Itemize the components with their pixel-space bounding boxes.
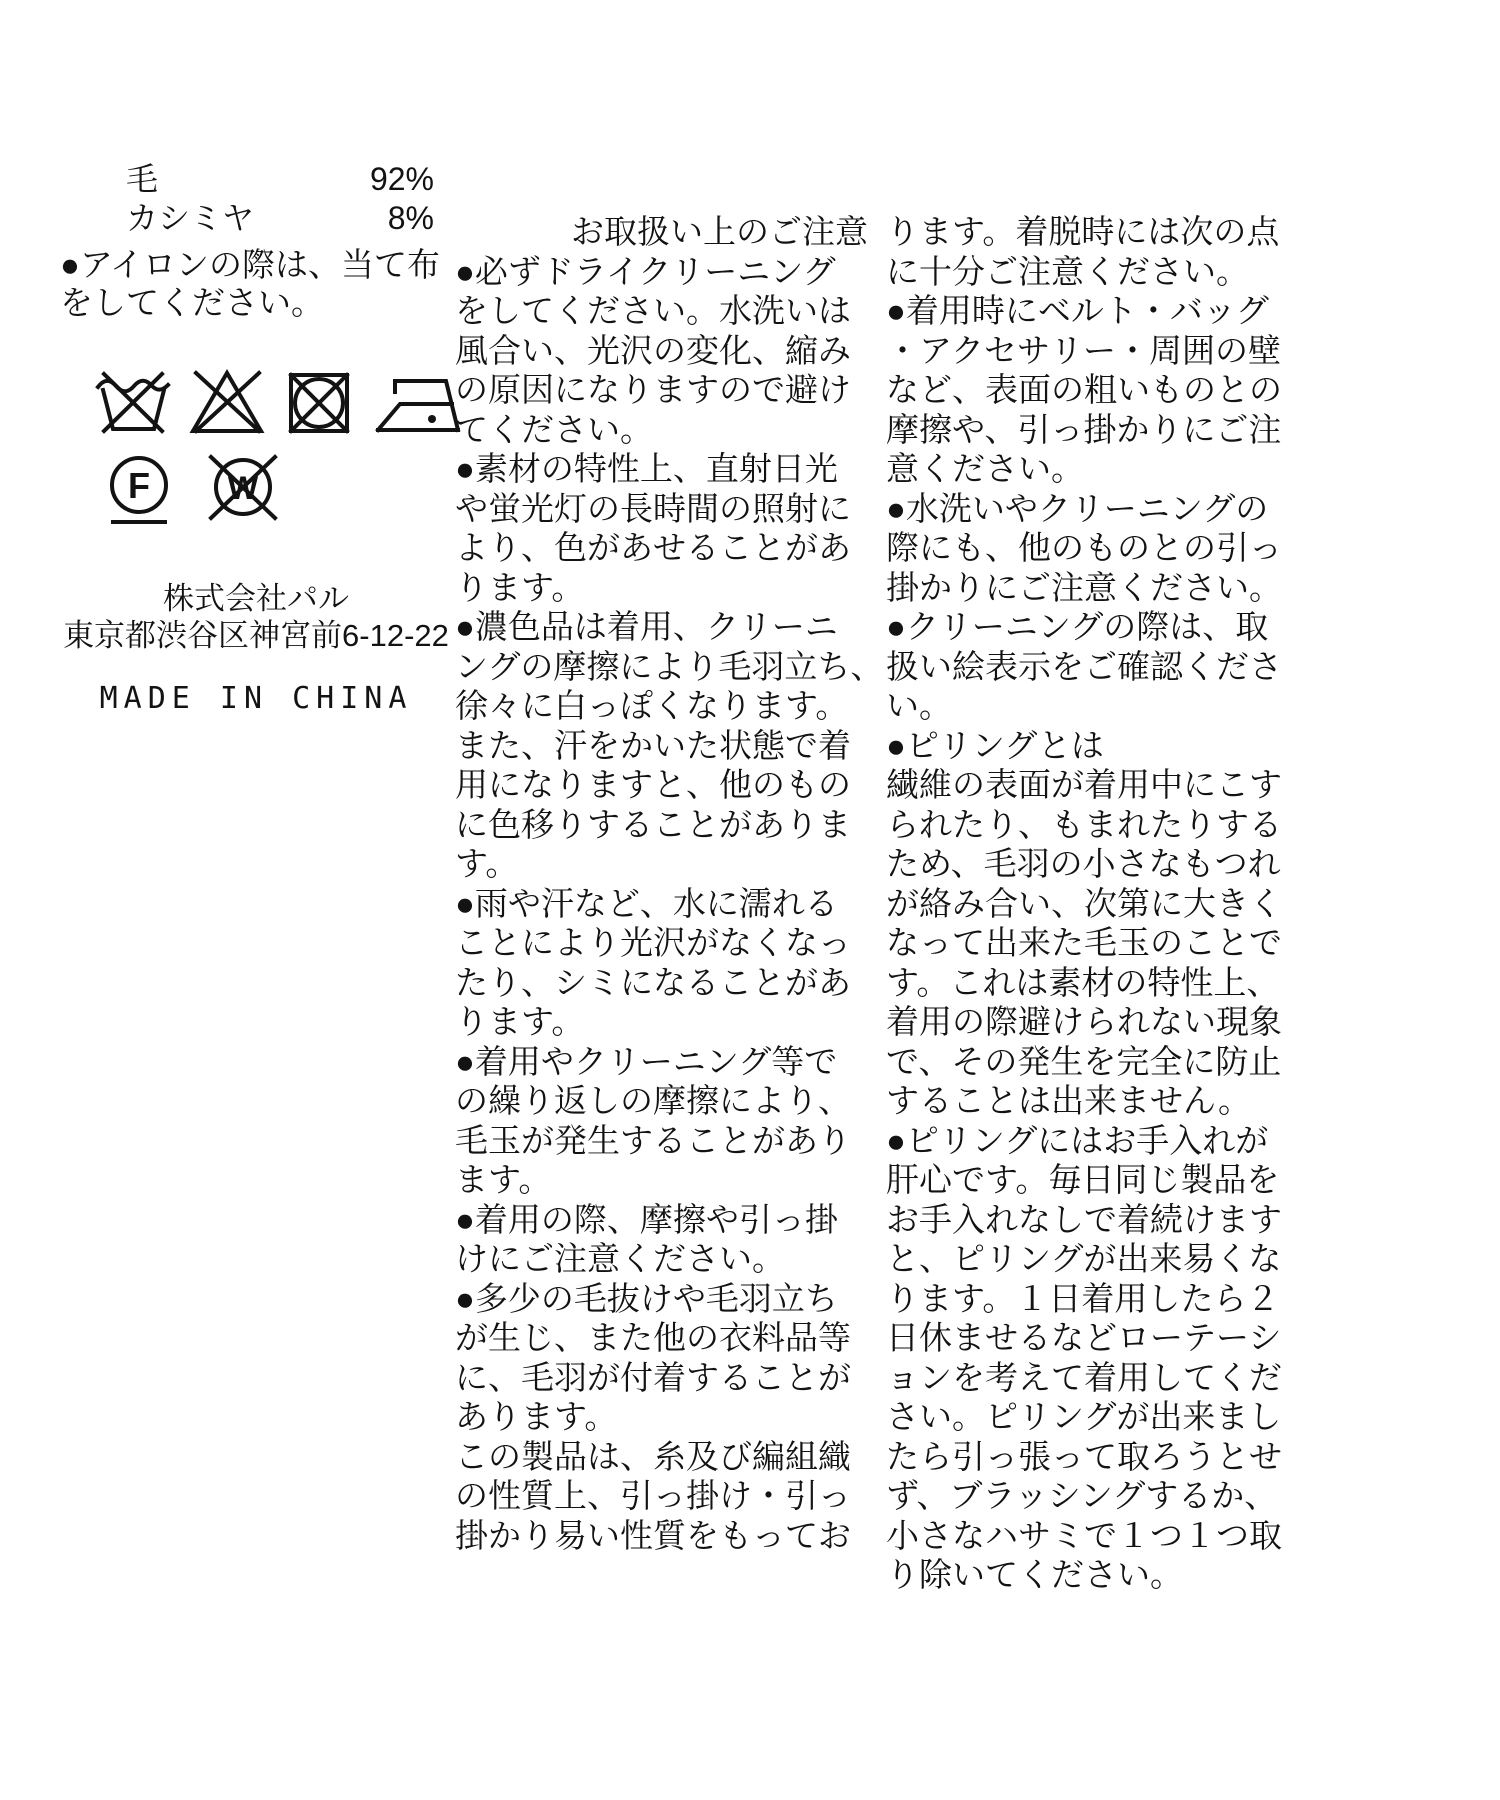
text-line: で、その発生を完全に防止 [886, 1042, 1282, 1082]
care-instructions-text-2: ります。着脱時には次の点に十分ご注意ください。●着用時にベルト・バッグ・アクセサ… [886, 212, 1282, 1595]
care-label-sheet: 毛 92% カシミヤ 8% ●アイロンの際は、当て布をしてください。 [0, 0, 1500, 1800]
dry-clean-petroleum-F-gentle-icon: F [100, 452, 178, 528]
care-instructions-title: お取扱い上のご注意 [571, 212, 883, 252]
do-not-bleach-icon [188, 368, 266, 436]
company-address: 東京都渋谷区神宮前6-12-22 [38, 617, 474, 654]
text-line: 日休ませるなどローテーシ [886, 1318, 1282, 1358]
text-line: の性質上、引っ掛け・引っ [455, 1476, 883, 1516]
text-line: ●着用やクリーニング等で [455, 1042, 883, 1082]
care-symbols-row-1 [92, 368, 462, 436]
text-line: す。これは素材の特性上、 [886, 963, 1282, 1003]
text-line: ●必ずドライクリーニング [455, 252, 883, 292]
text-line: お手入れなしで着続けます [886, 1200, 1282, 1240]
text-line: てください。 [455, 410, 883, 450]
text-line: ●多少の毛抜けや毛羽立ち [455, 1279, 883, 1319]
text-line: ため、毛羽の小さなもつれ [886, 844, 1282, 884]
text-line: 毛玉が発生することがあり [455, 1121, 883, 1161]
text-line: られたり、もまれたりする [886, 805, 1282, 845]
text-line: 着用の際避けられない現象 [886, 1002, 1282, 1042]
manufacturer-block: 株式会社パル 東京都渋谷区神宮前6-12-22 MADE IN CHINA [38, 580, 474, 717]
composition-row: カシミヤ 8% [60, 199, 434, 238]
svg-text:F: F [128, 465, 150, 506]
material-name: 毛 [126, 160, 158, 199]
text-line: 用になりますと、他のもの [455, 765, 883, 805]
text-line: ●クリーニングの際は、取 [886, 607, 1282, 647]
text-line: ●素材の特性上、直射日光 [455, 449, 883, 489]
text-line: ります。１日着用したら２ [886, 1279, 1282, 1319]
text-line: たら引っ張って取ろうとせ [886, 1437, 1282, 1477]
svg-text:W: W [228, 470, 259, 506]
text-line: 扱い絵表示をご確認くださ [886, 647, 1282, 687]
text-line: に十分ご注意ください。 [886, 252, 1282, 292]
text-line: 意ください。 [886, 449, 1282, 489]
text-line: 小さなハサミで１つ１つ取 [886, 1516, 1282, 1556]
text-line: することは出来ません。 [886, 1081, 1282, 1121]
text-line: ●着用の際、摩擦や引っ掛 [455, 1200, 883, 1240]
company-name: 株式会社パル [38, 580, 474, 617]
text-line: や蛍光灯の長時間の照射に [455, 489, 883, 529]
text-line: なって出来た毛玉のことで [886, 923, 1282, 963]
do-not-tumble-dry-icon [280, 368, 358, 436]
text-line: ・アクセサリー・周囲の壁 [886, 331, 1282, 371]
material-percent: 8% [388, 199, 434, 238]
text-line: また、汗をかいた状態で着 [455, 726, 883, 766]
text-line: ●水洗いやクリーニングの [886, 489, 1282, 529]
text-line: をしてください。 [60, 284, 440, 322]
text-line: ●アイロンの際は、当て布 [60, 246, 440, 284]
text-line: 掛かりにご注意ください。 [886, 568, 1282, 608]
text-line: など、表面の粗いものとの [886, 370, 1282, 410]
material-name: カシミヤ [126, 199, 254, 238]
fiber-composition: 毛 92% カシミヤ 8% [60, 160, 434, 238]
text-line: に色移りすることがありま [455, 805, 883, 845]
text-line: の原因になりますので避け [455, 370, 883, 410]
composition-row: 毛 92% [60, 160, 434, 199]
text-line: をしてください。水洗いは [455, 291, 883, 331]
text-line: 徐々に白っぽくなります。 [455, 686, 883, 726]
do-not-wash-icon [92, 368, 174, 436]
iron-low-one-dot-icon [372, 368, 462, 436]
text-line: 繊維の表面が着用中にこす [886, 765, 1282, 805]
text-line: ず、ブラッシングするか、 [886, 1476, 1282, 1516]
text-line: ●着用時にベルト・バッグ [886, 291, 1282, 331]
text-line: ます。 [455, 1160, 883, 1200]
text-line: ●濃色品は着用、クリーニ [455, 607, 883, 647]
care-instructions-column-1: お取扱い上のご注意 ●必ずドライクリーニングをしてください。水洗いは風合い、光沢… [455, 212, 883, 1555]
text-line: い。 [886, 686, 1282, 726]
text-line: ります。 [455, 568, 883, 608]
text-line: あります。 [455, 1397, 883, 1437]
material-percent: 92% [370, 160, 434, 199]
do-not-wet-clean-icon: W [202, 452, 284, 524]
text-line: 摩擦や、引っ掛かりにご注 [886, 410, 1282, 450]
text-line: 風合い、光沢の変化、縮み [455, 331, 883, 371]
text-line: 肝心です。毎日同じ製品を [886, 1160, 1282, 1200]
text-line: が生じ、また他の衣料品等 [455, 1318, 883, 1358]
text-line: この製品は、糸及び編組織 [455, 1437, 883, 1477]
text-line: り除いてください。 [886, 1555, 1282, 1595]
text-line: と、ピリングが出来易くな [886, 1239, 1282, 1279]
care-instructions-text-1: ●必ずドライクリーニングをしてください。水洗いは風合い、光沢の変化、縮みの原因に… [455, 252, 883, 1556]
care-symbols-row-2: F W [100, 452, 284, 528]
text-line: ングの摩擦により毛羽立ち、 [455, 647, 883, 687]
text-line: の繰り返しの摩擦により、 [455, 1081, 883, 1121]
text-line: 掛かり易い性質をもってお [455, 1516, 883, 1556]
text-line: ●雨や汗など、水に濡れる [455, 884, 883, 924]
country-of-origin: MADE IN CHINA [38, 680, 474, 717]
text-line: ョンを考えて着用してくだ [886, 1358, 1282, 1398]
text-line: 際にも、他のものとの引っ [886, 528, 1282, 568]
text-line: たり、シミになることがあ [455, 963, 883, 1003]
text-line: す。 [455, 844, 883, 884]
text-line: ●ピリングとは [886, 726, 1282, 766]
text-line: ことにより光沢がなくなっ [455, 923, 883, 963]
text-line: が絡み合い、次第に大きく [886, 884, 1282, 924]
text-line: に、毛羽が付着することが [455, 1358, 883, 1398]
care-instructions-column-2: ります。着脱時には次の点に十分ご注意ください。●着用時にベルト・バッグ・アクセサ… [886, 212, 1282, 1595]
text-line: さい。ピリングが出来まし [886, 1397, 1282, 1437]
text-line: ります。 [455, 1002, 883, 1042]
ironing-note: ●アイロンの際は、当て布をしてください。 [60, 246, 440, 322]
text-line: けにご注意ください。 [455, 1239, 883, 1279]
text-line: ります。着脱時には次の点 [886, 212, 1282, 252]
text-line: より、色があせることがあ [455, 528, 883, 568]
text-line: ●ピリングにはお手入れが [886, 1121, 1282, 1161]
